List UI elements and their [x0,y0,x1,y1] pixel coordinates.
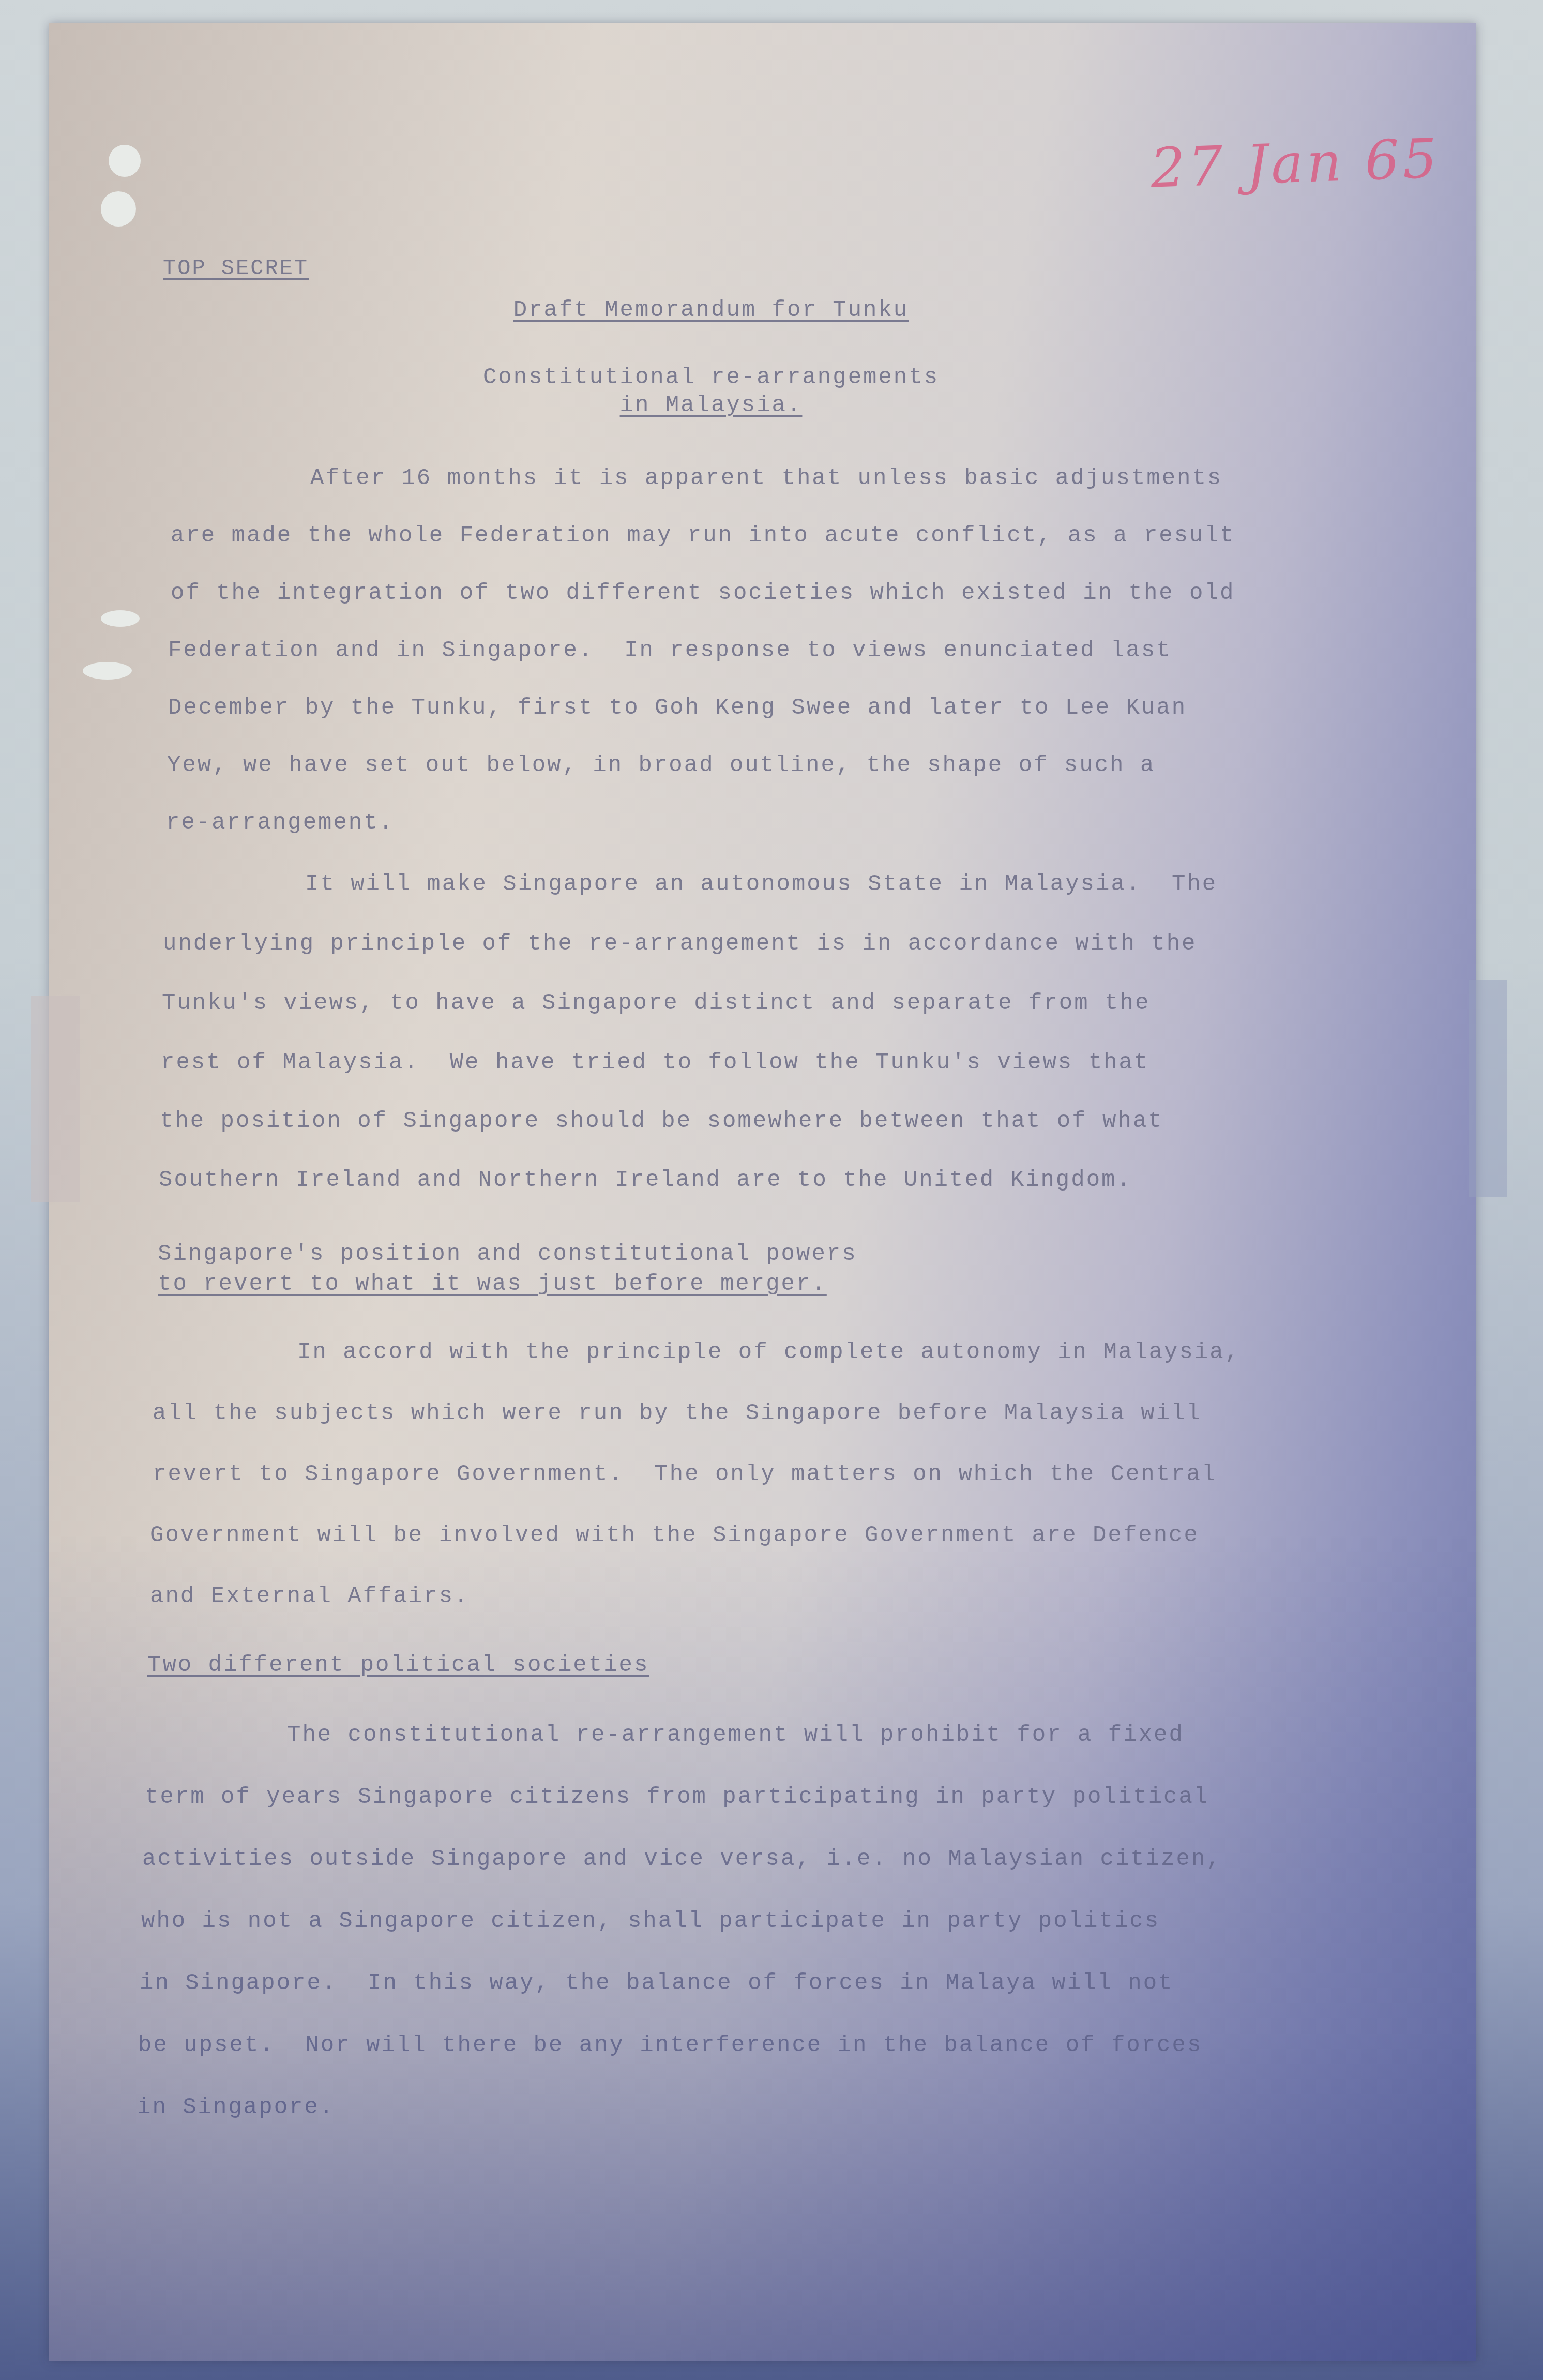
divider-tab [1469,980,1507,1197]
paragraph-line: activities outside Singapore and vice ve… [142,1846,1222,1872]
paragraph-line: rest of Malaysia. We have tried to follo… [161,1050,1149,1076]
paragraph-line: underlying principle of the re-arrangeme… [163,931,1197,957]
divider-tab [31,996,80,1202]
paragraph-line: and External Affairs. [150,1584,470,1609]
section-heading-1-line2: to revert to what it was just before mer… [158,1271,827,1297]
paragraph-line: After 16 months it is apparent that unle… [310,465,1222,491]
paragraph-line: December by the Tunku, first to Goh Keng… [168,695,1187,721]
paragraph-line: term of years Singapore citizens from pa… [145,1784,1209,1810]
paragraph-line: all the subjects which were run by the S… [153,1400,1202,1426]
punch-hole [109,145,141,177]
paragraph-line: of the integration of two different soci… [171,580,1235,606]
paragraph-line: are made the whole Federation may run in… [171,523,1235,549]
section-heading-2: Two different political societies [147,1652,649,1678]
paragraph-line: Tunku's views, to have a Singapore disti… [162,990,1150,1016]
paragraph-line: the position of Singapore should be some… [160,1108,1163,1134]
paragraph-line: Federation and in Singapore. In response… [168,638,1172,664]
paragraph-line: Yew, we have set out below, in broad out… [167,752,1155,778]
paragraph-line: Government will be involved with the Sin… [150,1523,1199,1548]
paragraph-line: Southern Ireland and Northern Ireland ar… [159,1167,1132,1193]
punch-hole [101,191,136,227]
punch-hole [101,610,140,627]
handwritten-date-annotation: 27 Jan 65 [1149,127,1441,200]
paragraph-line: The constitutional re-arrangement will p… [287,1722,1184,1748]
paragraph-line: It will make Singapore an autonomous Sta… [305,871,1217,897]
document-subtitle-line2: in Malaysia. [411,393,1011,418]
paragraph-line: in Singapore. In this way, the balance o… [140,1970,1174,1996]
paragraph-line: in Singapore. [137,2095,335,2120]
classification-label: TOP SECRET [163,256,309,281]
document-title: Draft Memorandum for Tunku [411,297,1011,323]
punch-hole [83,662,132,680]
document-page: 27 Jan 65 TOP SECRET Draft Memorandum fo… [49,23,1476,2361]
paragraph-line: who is not a Singapore citizen, shall pa… [141,1908,1160,1934]
paragraph-line: be upset. Nor will there be any interfer… [138,2032,1202,2058]
paragraph-line: In accord with the principle of complete… [297,1339,1240,1365]
document-subtitle-line1: Constitutional re-arrangements [411,365,1011,390]
section-heading-1-line1: Singapore's position and constitutional … [158,1241,857,1267]
paragraph-line: re-arrangement. [166,810,394,836]
paragraph-line: revert to Singapore Government. The only… [153,1462,1217,1487]
